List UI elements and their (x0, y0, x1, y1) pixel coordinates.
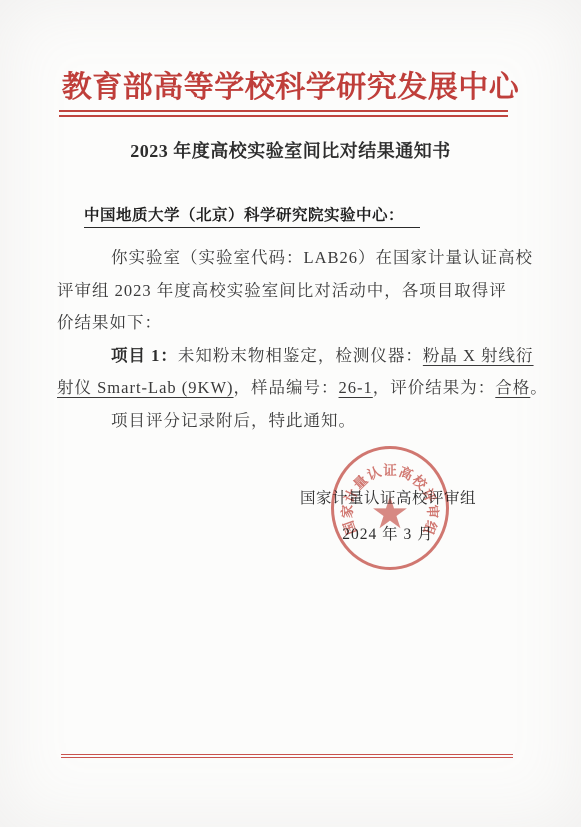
document-title: 2023 年度高校实验室间比对结果通知书 (0, 137, 581, 163)
signature-org: 国家计量认证高校评审组 (298, 486, 478, 508)
body-line-segment: 。 (530, 378, 548, 397)
addressee-text: 中国地质大学（北京）科学研究院实验中心： (84, 203, 420, 228)
addressee-line: 中国地质大学（北京）科学研究院实验中心： (84, 203, 420, 228)
body-line: 评审组 2023 年度高校实验室间比对活动中，各项目取得评 (57, 275, 537, 308)
body-line: 射仪 Smart-Lab (9KW)，样品编号：26-1，评价结果为：合格。 (57, 372, 537, 405)
body-line-segment: 项目 1： (111, 346, 178, 365)
footer-double-rule (61, 754, 513, 758)
body-line: 价结果如下： (57, 307, 537, 340)
body-line-segment: 合格 (495, 378, 530, 397)
body-line-segment: 你实验室（实验室代码：LAB26）在国家计量认证高校 (111, 248, 533, 267)
body-line-segment: 价结果如下： (57, 313, 162, 332)
body-line-segment: 项目评分记录附后，特此通知。 (111, 411, 356, 430)
body-line: 你实验室（实验室代码：LAB26）在国家计量认证高校 (57, 242, 537, 275)
body-line-segment: 26-1 (339, 378, 373, 397)
body-line-segment: ，评价结果为： (373, 378, 496, 397)
body-line: 项目评分记录附后，特此通知。 (57, 405, 537, 438)
seal-ring-char: 认 (364, 460, 384, 484)
letterhead-org-title: 教育部高等学校科学研究发展中心 (0, 62, 581, 106)
signature-date: 2024 年 3 月 (298, 522, 478, 544)
body-line: 项目 1：未知粉末物相鉴定，检测仪器：粉晶 X 射线衍 (57, 340, 537, 373)
seal-ring-char: 高 (396, 460, 416, 484)
letter-body: 你实验室（实验室代码：LAB26）在国家计量认证高校评审组 2023 年度高校实… (57, 242, 537, 437)
body-line-segment: 未知粉末物相鉴定，检测仪器： (178, 346, 423, 365)
body-line-segment: ，样品编号： (234, 378, 339, 397)
letterhead-double-rule (59, 110, 508, 117)
body-line-segment: 粉晶 X 射线衍 (423, 346, 534, 365)
document-page: 教育部高等学校科学研究发展中心 2023 年度高校实验室间比对结果通知书 中国地… (0, 0, 581, 827)
body-line-segment: 射仪 Smart-Lab (9KW) (57, 378, 234, 397)
signature-block: 国家计量认证高校评审组 2024 年 3 月 (298, 486, 478, 544)
body-line-segment: 评审组 2023 年度高校实验室间比对活动中，各项目取得评 (57, 281, 507, 300)
seal-ring-char: 证 (383, 459, 397, 479)
